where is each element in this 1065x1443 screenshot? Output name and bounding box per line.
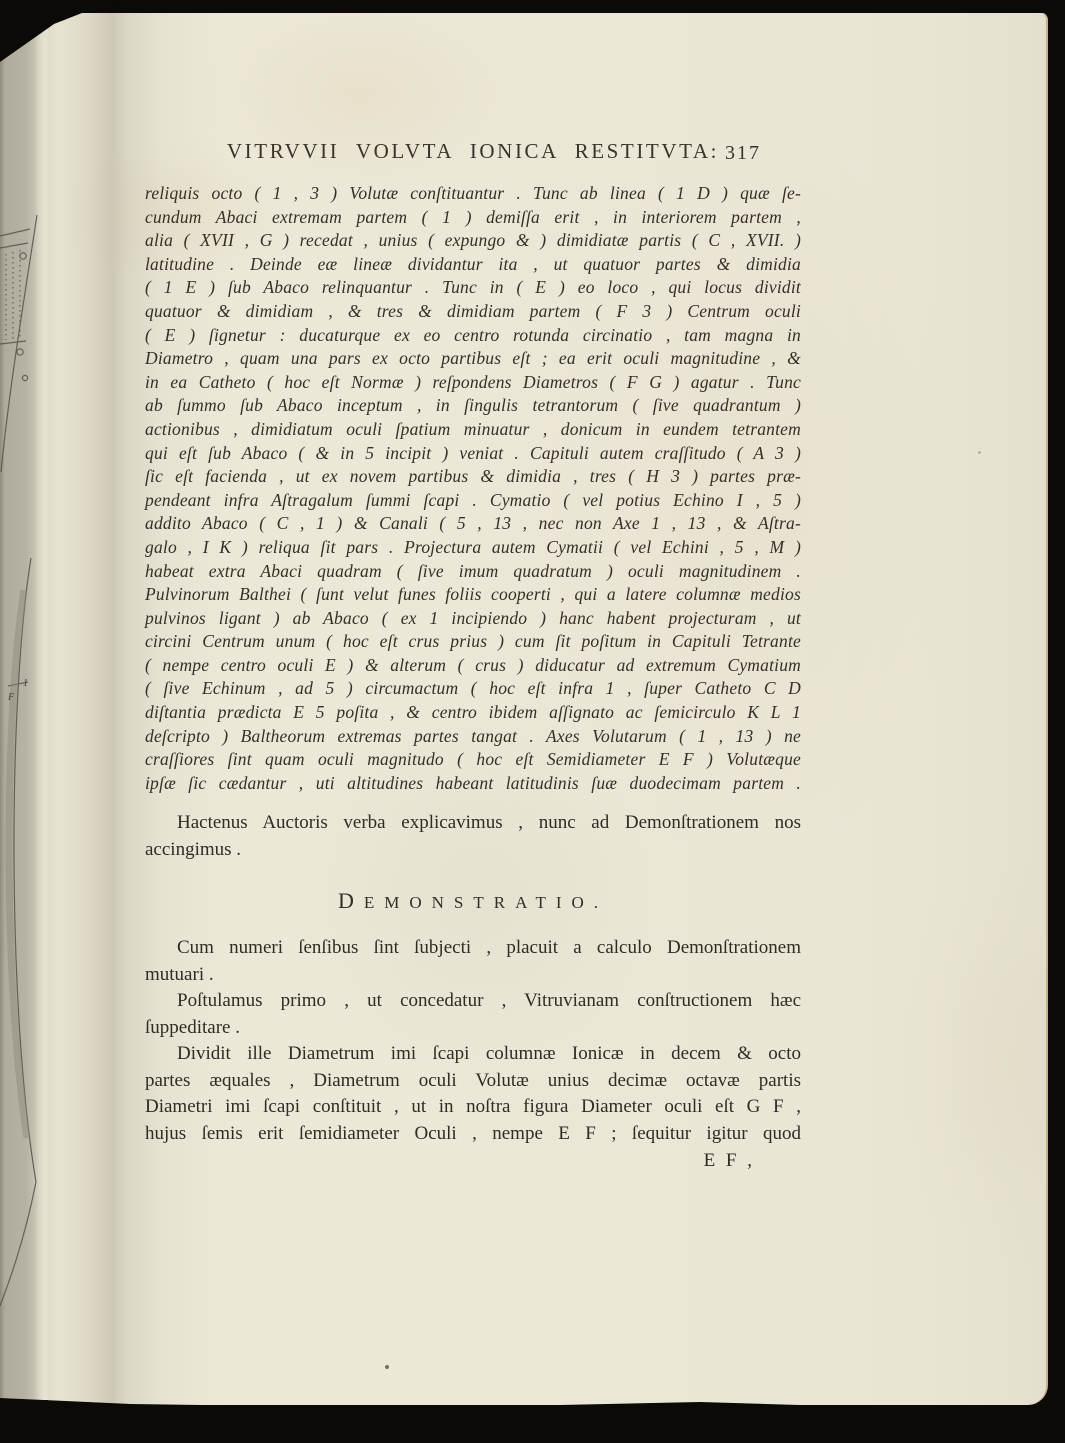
text-line: alia ( XVII , G ) recedat , unius ( expu… <box>145 229 801 253</box>
text-line: ( E ) ſignetur : ducaturque ex eo centro… <box>145 324 801 348</box>
text-line: addito Abaco ( C , 1 ) & Canali ( 5 , 13… <box>145 512 801 536</box>
text-line: actionibus , dimidiatum oculi ſpatium mi… <box>145 418 801 442</box>
text-line: cundum Abaci extremam partem ( 1 ) demiſ… <box>145 206 801 230</box>
text-line: Dividit ille Diametrum imi ſcapi columnæ… <box>145 1041 801 1068</box>
text-line: habeat extra Abaci quadram ( ſive imum q… <box>145 560 801 584</box>
plate-diagram <box>0 10 48 1400</box>
text-line: partes æquales , Diametrum oculi Volutæ … <box>145 1068 801 1095</box>
text-line: pendeant infra Aſtragalum ſummi ſcapi . … <box>145 489 801 513</box>
running-header: VITRVVII VOLVTA IONICA RESTITVTA: 317 <box>145 139 801 169</box>
running-title: VITRVVII VOLVTA IONICA RESTITVTA: <box>145 139 801 164</box>
catchword: E F , <box>145 1147 801 1174</box>
text-line: ( ſive Echinum , ad 5 ) circumactum ( ho… <box>145 677 801 701</box>
book-page: VITRVVII VOLVTA IONICA RESTITVTA: 317 re… <box>48 12 1048 1405</box>
scan-background-right-edge <box>1048 0 1065 1443</box>
text-line: Diametro , quam una pars ex octo partibu… <box>145 347 801 371</box>
text-line: pulvinos ligant ) ab Abaco ( ex 1 incipi… <box>145 607 801 631</box>
paper-speck <box>385 1365 389 1369</box>
text-line: reliquis octo ( 1 , 3 ) Volutæ conſtitua… <box>145 182 801 206</box>
text-line: ipſæ ſic cædantur , uti altitudines habe… <box>145 772 801 796</box>
text-line: diſtantia prædicta E 5 poſita , & centro… <box>145 701 801 725</box>
paper-speck <box>978 451 981 454</box>
scan-background-top-edge <box>0 0 1065 13</box>
text-line: in ea Catheto ( hoc eſt Normæ ) reſponde… <box>145 371 801 395</box>
text-line: qui eſt ſub Abaco ( & in 5 incipit ) ven… <box>145 442 801 466</box>
page-content: VITRVVII VOLVTA IONICA RESTITVTA: 317 re… <box>145 139 801 1174</box>
text-line: galo , I K ) reliqua ſit pars . Projectu… <box>145 536 801 560</box>
text-line: ſic eſt facienda , ut ex novem partibus … <box>145 465 801 489</box>
text-line: Poſtulamus primo , ut concedatur , Vitru… <box>145 988 801 1015</box>
text-line: ( nempe centro oculi E ) & alterum ( cru… <box>145 654 801 678</box>
demonstratio-paragraphs: Cum numeri ſenſibus ſint ſubjecti , plac… <box>145 935 801 1147</box>
text-line: deſcripto ) Baltheorum extremas partes t… <box>145 725 801 749</box>
folded-plate-strip: 1 F <box>0 10 48 1400</box>
page-number: 317 <box>725 142 761 165</box>
plate-label-1: 1 <box>23 678 28 689</box>
text-line: hujus ſemis erit ſemidiameter Oculi , ne… <box>145 1121 801 1148</box>
book-scan-scene: 1 F VITRVVII VOLVTA IONICA RESTITVTA: 31… <box>0 0 1065 1443</box>
text-line: craſſiores ſint quam oculi magnitudo ( h… <box>145 748 801 772</box>
text-line: Diametri imi ſcapi conſtituit , ut in no… <box>145 1094 801 1121</box>
text-line: Pulvinorum Balthei ( ſunt velut funes fo… <box>145 583 801 607</box>
text-line: quatuor & dimidiam , & tres & dimidiam p… <box>145 300 801 324</box>
text-line: Hactenus Auctoris verba explicavimus , n… <box>145 810 801 837</box>
text-line: Cum numeri ſenſibus ſint ſubjecti , plac… <box>145 935 801 962</box>
text-line: circini Centrum unum ( hoc eſt crus priu… <box>145 630 801 654</box>
hactenus-paragraph: Hactenus Auctoris verba explicavimus , n… <box>145 810 801 863</box>
text-line: ab ſummo ſub Abaco inceptum , in ſinguli… <box>145 394 801 418</box>
text-line: latitudine . Deinde eæ lineæ dividantur … <box>145 253 801 277</box>
text-line: ( 1 E ) ſub Abaco relinquantur . Tunc in… <box>145 276 801 300</box>
text-line: accingimus . <box>145 837 801 864</box>
section-heading-demonstratio: DEMONSTRATIO. <box>145 888 801 916</box>
text-line: ſuppeditare . <box>145 1015 801 1042</box>
text-line: mutuari . <box>145 962 801 989</box>
vitruvius-quotation-paragraph: reliquis octo ( 1 , 3 ) Volutæ conſtitua… <box>145 182 801 795</box>
plate-label-f: F <box>8 692 14 703</box>
